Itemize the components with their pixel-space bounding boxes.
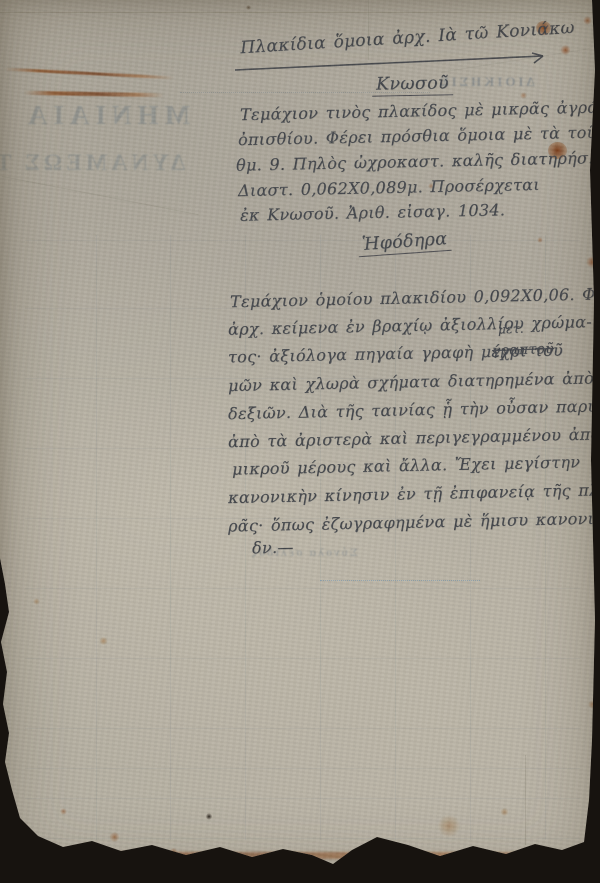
stain [520, 92, 527, 99]
grid-line [170, 235, 171, 840]
arrow-line [233, 50, 558, 74]
stain [500, 808, 509, 816]
grid-line [25, 658, 580, 659]
stain [109, 832, 120, 842]
grid-line [25, 240, 580, 241]
stain [586, 256, 598, 268]
crease [0, 12, 600, 13]
handwritten-line: Διαστ. 0,062Χ0,089μ. Προσέρχεται [238, 175, 540, 200]
handwritten-line: ἐκ Κνωσοῦ. Ἀριθ. εἰσαγ. 1034. [240, 200, 506, 225]
handwritten-line: μικροῦ μέρους καὶ ἄλλα. Ἔχει μεγίστην [232, 452, 581, 478]
bleedthrough-text-dynameos: ΔΥΝΑΜΕΩΣ Τ [0, 150, 185, 176]
paper-sheet: ΔΙΟΙΚΗΣΙΣ ΜΗΝΙΑΙΑ ΔΥΝΑΜΕΩΣ Τ Σύνολα σελί… [0, 0, 600, 883]
grid-line [25, 588, 580, 589]
stain [99, 637, 108, 645]
crease [2, 176, 199, 215]
stain [560, 45, 571, 55]
grid-line [25, 838, 580, 839]
stain [33, 598, 40, 605]
section-heading-second: Ἡφόδηρα [357, 229, 452, 257]
rust-streak [4, 68, 174, 80]
grid-line [25, 798, 580, 799]
rust-streak [24, 91, 164, 97]
stain [588, 700, 597, 709]
stain [246, 5, 251, 10]
stain [583, 16, 592, 25]
handwritten-insertion: μετ. [498, 322, 524, 337]
handwritten-line-end: δν.— [252, 538, 294, 558]
rust-streak [60, 852, 560, 859]
grid-line [96, 235, 97, 840]
grid-line [25, 768, 580, 769]
scan-background: { "meta": { "description": "Scanned aged… [0, 0, 600, 883]
stain [206, 813, 212, 820]
handwritten-line: ἀρχ. κείμενα ἐν βραχίῳ ἀξιολλίου χρώμα- [228, 312, 592, 339]
handwritten-struck-word: γραπτοῦ [492, 341, 555, 359]
handwritten-line: ὀπισθίου. Φέρει πρόσθια ὅμοια μὲ τὰ τοῦ … [238, 122, 600, 149]
bleedthrough-dotted-line [320, 580, 480, 581]
handwritten-line: θμ. 9. Πηλὸς ὠχροκαστ. καλῆς διατηρήσ. [236, 148, 594, 174]
section-heading-knossos: Κνωσοῦ [372, 73, 453, 96]
handwritten-line: Τεμάχιον τινὸς πλακίδος μὲ μικρᾶς ἀγράφο… [240, 97, 600, 124]
stain [437, 815, 461, 837]
stain [60, 808, 67, 815]
bleedthrough-text-miniaia: ΜΗΝΙΑΙΑ [22, 100, 190, 131]
grid-line [25, 728, 580, 729]
document-scan: ΔΙΟΙΚΗΣΙΣ ΜΗΝΙΑΙΑ ΔΥΝΑΜΕΩΣ Τ Σύνολα σελί… [0, 0, 600, 883]
